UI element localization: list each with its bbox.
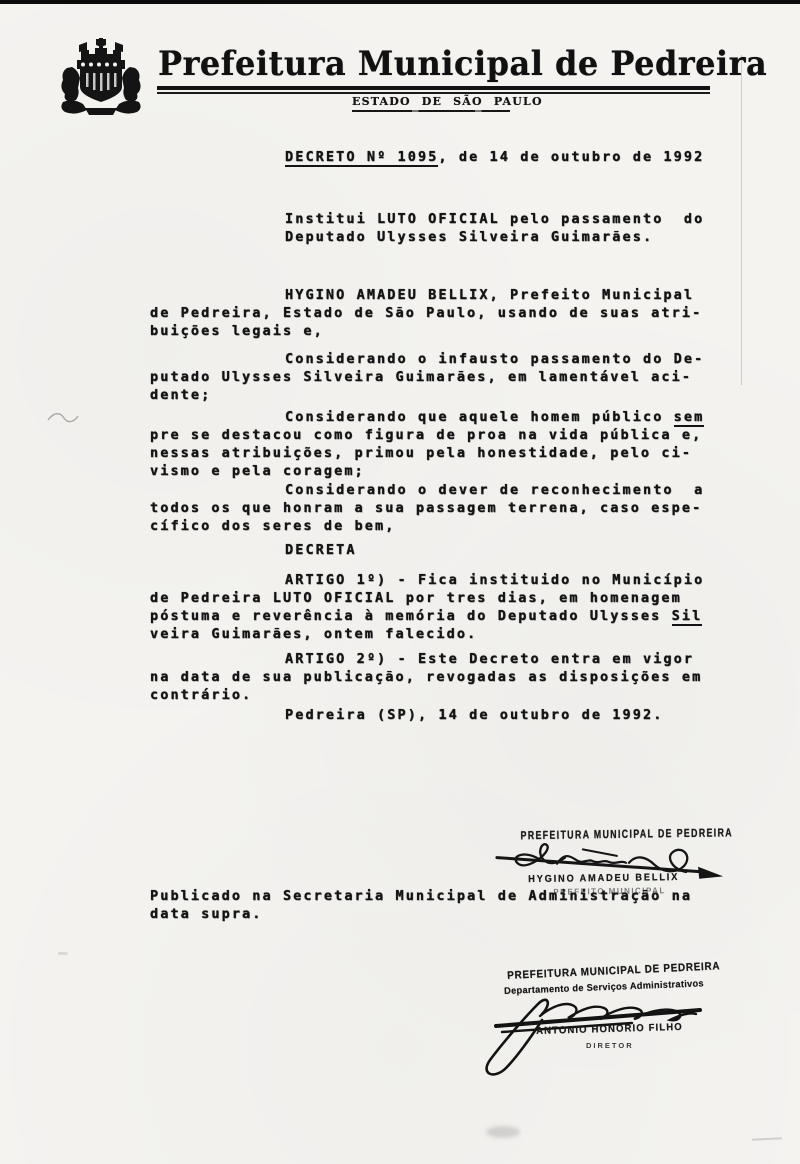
text-line: Institui LUTO OFICIAL pelo passamento do — [285, 210, 704, 228]
scan-vertical-line-artifact — [741, 55, 742, 385]
text-line: Considerando que aquele homem público se… — [285, 408, 704, 426]
header-rule-thin — [157, 92, 710, 94]
header-rule-thick — [157, 86, 710, 90]
smudge-artifact — [486, 1126, 520, 1138]
text-line: nessas atribuições, primou pela honestid… — [150, 444, 692, 462]
text-line: cífico dos seres de bem, — [150, 517, 395, 535]
text-line: buições legais e, — [150, 322, 324, 340]
header-subtitle: ESTADO DE SÃO PAULO — [352, 95, 512, 108]
text-line: Deputado Ulysses Silveira Guimarães. — [285, 228, 653, 246]
text-line: Considerando o infausto passamento do De… — [285, 350, 704, 368]
text-line: todos os que honram a sua passagem terre… — [150, 499, 702, 517]
mayor-stamp-name: HYGINO AMADEU BELLIX — [528, 872, 679, 885]
mayor-stamp-role: PREFEITO MUNICIPAL — [553, 885, 666, 897]
text-line: ARTIGO 1º) - Fica instituido no Municípi… — [285, 571, 704, 589]
left-fleck-artifact — [58, 952, 68, 955]
department-stamp-role: DIRETOR — [586, 1041, 634, 1050]
mayor-stamp: PREFEITURA MUNICIPAL DE PEDREIRA HYGINO … — [494, 818, 725, 909]
text-line: na data de sua publicação, revogadas as … — [150, 668, 702, 686]
department-stamp: PREFEITURA MUNICIPAL DE PEDREIRA Departa… — [480, 960, 722, 1085]
text-line: putado Ulysses Silveira Guimarães, em la… — [150, 368, 692, 386]
text-line: DECRETA — [285, 541, 357, 559]
subtitle-underline — [352, 110, 510, 112]
text-line: Pedreira (SP), 14 de outubro de 1992. — [285, 706, 663, 724]
scan-top-edge-artifact — [0, 0, 800, 4]
text-line: Considerando o dever de reconhecimento a — [285, 481, 704, 499]
corner-dash-artifact — [752, 1137, 782, 1141]
text-line: data supra. — [150, 905, 263, 923]
header-title: Prefeitura Municipal de Pedreira — [158, 44, 714, 84]
text-line: de Pedreira LUTO OFICIAL por tres dias, … — [150, 589, 682, 607]
text-line: de Pedreira, Estado de São Paulo, usando… — [150, 304, 702, 322]
scanned-decree-page: Prefeitura Municipal de Pedreira ESTADO … — [0, 0, 800, 1164]
text-line: pre se destacou como figura de proa na v… — [150, 426, 702, 444]
text-line: dente; — [150, 386, 211, 404]
coat-of-arms-logo — [55, 38, 147, 118]
text-line: contrário. — [150, 686, 252, 704]
text-line: DECRETO Nº 1095, de 14 de outubro de 199… — [285, 148, 704, 166]
text-line: HYGINO AMADEU BELLIX, Prefeito Municipal — [285, 286, 694, 304]
text-line: ARTIGO 2º) - Este Decreto entra em vigor — [285, 650, 694, 668]
text-line: veira Guimarães, ontem falecido. — [150, 625, 477, 643]
margin-squiggle-artifact — [46, 406, 80, 428]
text-line: póstuma e reverência à memória do Deputa… — [150, 607, 702, 625]
text-line: vismo e pela coragem; — [150, 462, 365, 480]
